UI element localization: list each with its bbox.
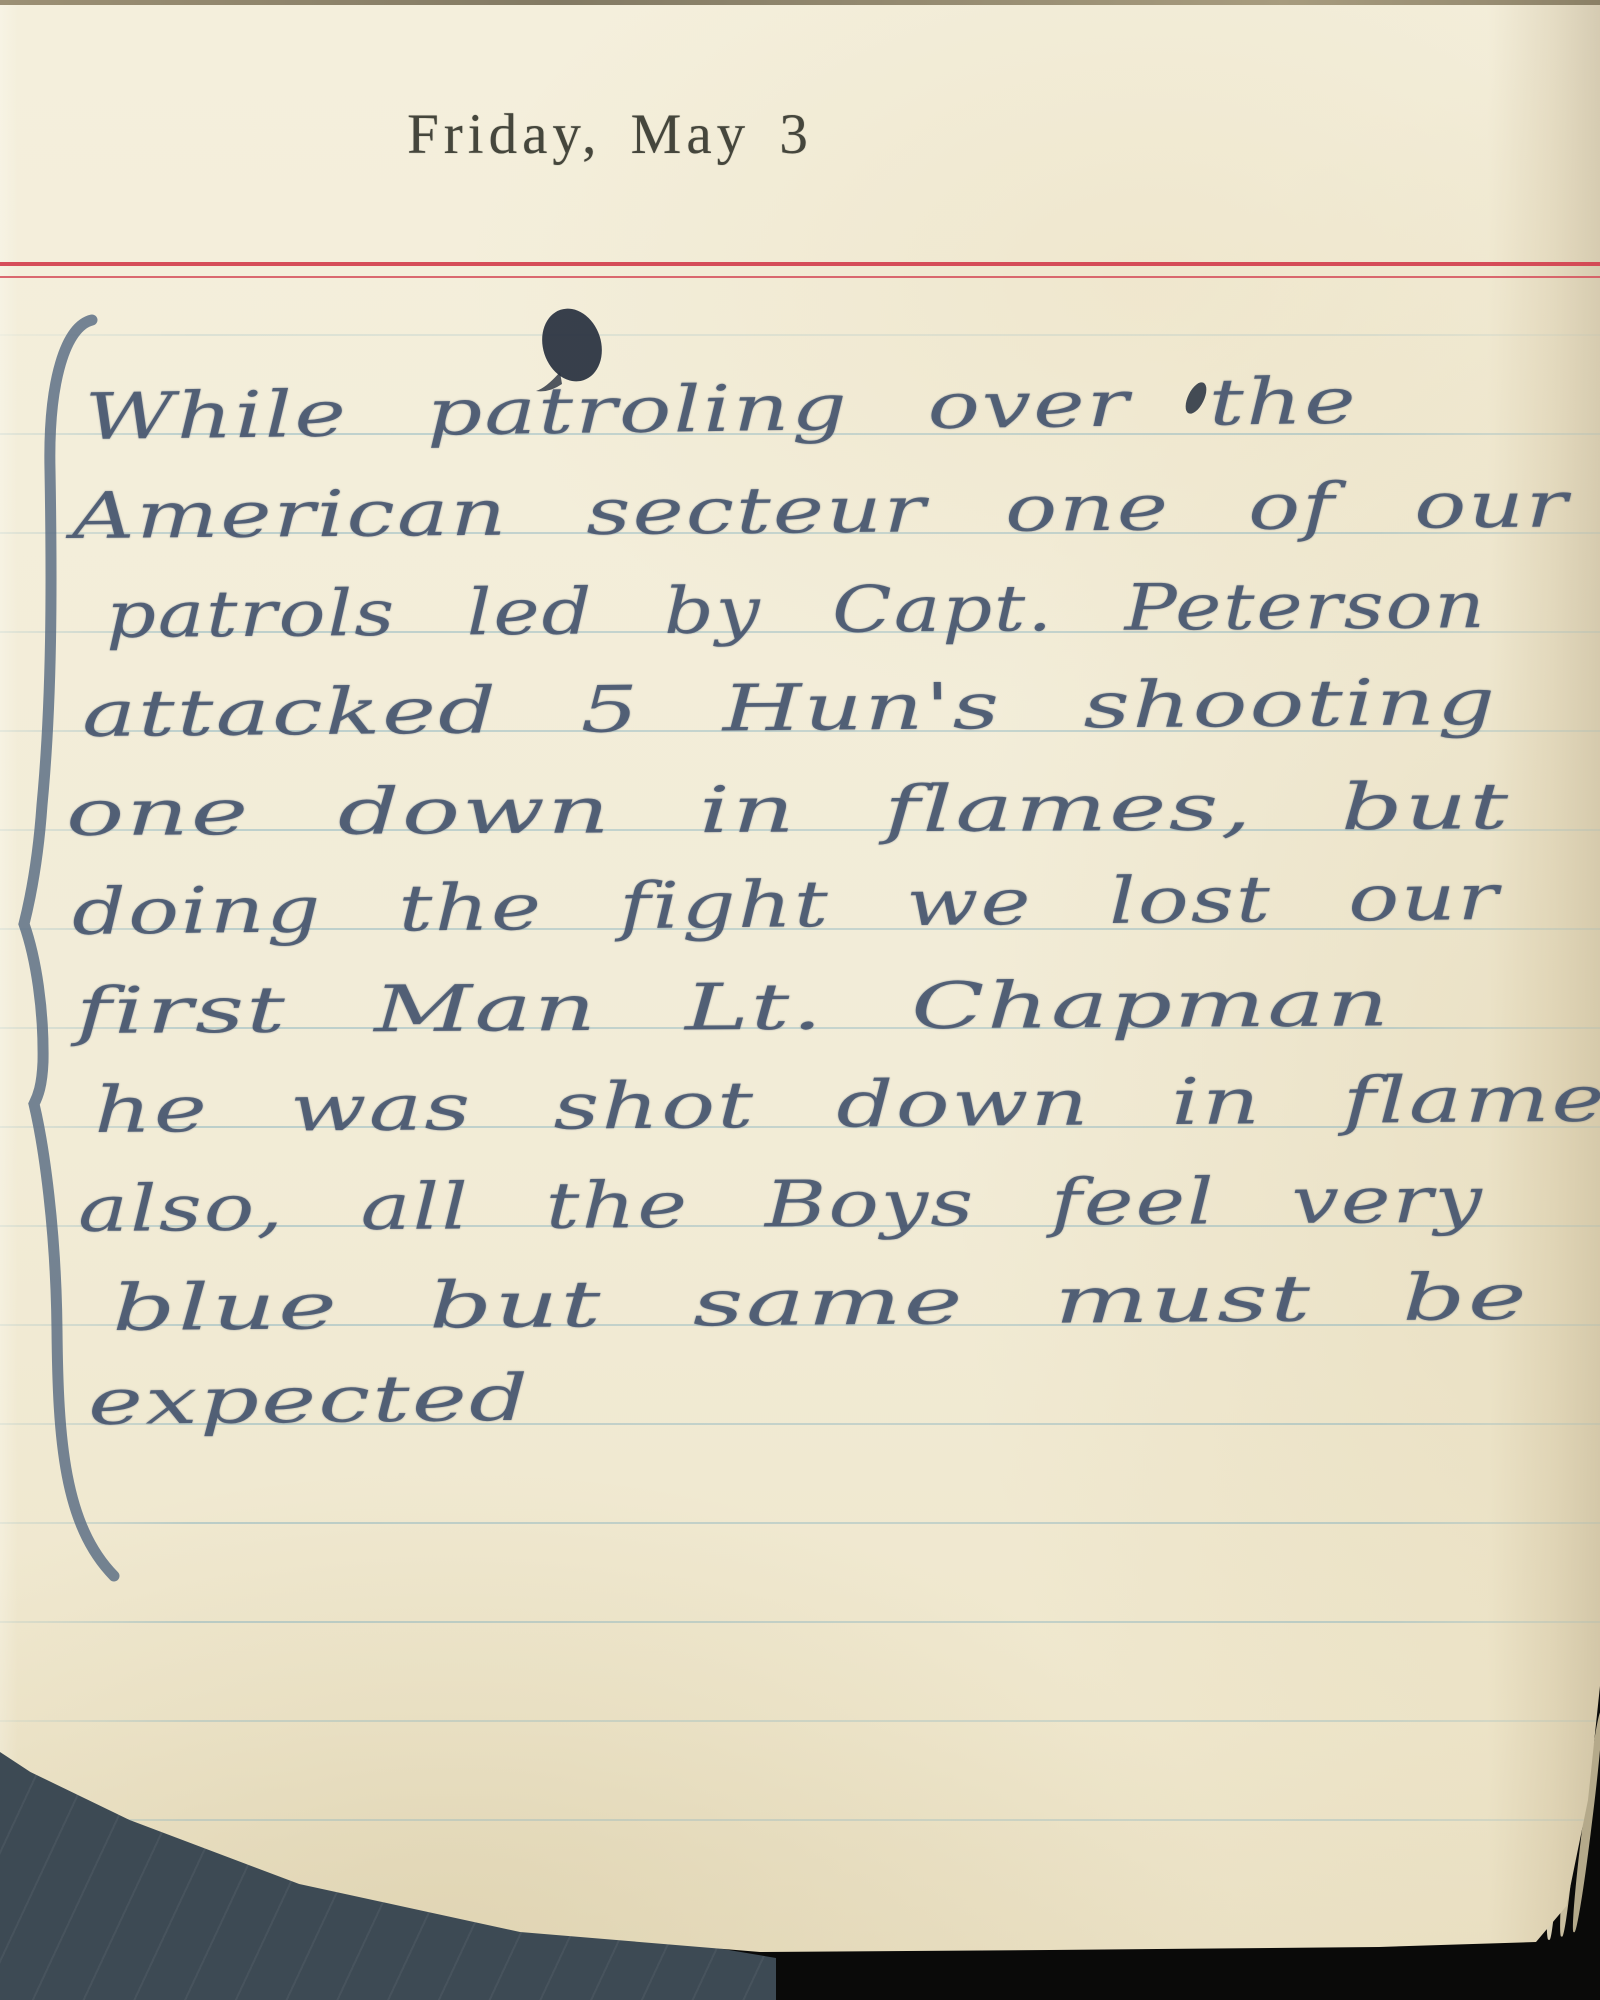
ink-blot-tail [536,372,562,391]
ink-mark [1181,379,1210,417]
ink-overlay [0,0,1600,2000]
margin-brace [24,320,114,1576]
ink-blot [533,301,611,389]
diary-paper: Friday, May 3 While patroling over the A… [0,0,1600,2000]
diary-page-scan: Friday, May 3 While patroling over the A… [0,0,1600,2000]
